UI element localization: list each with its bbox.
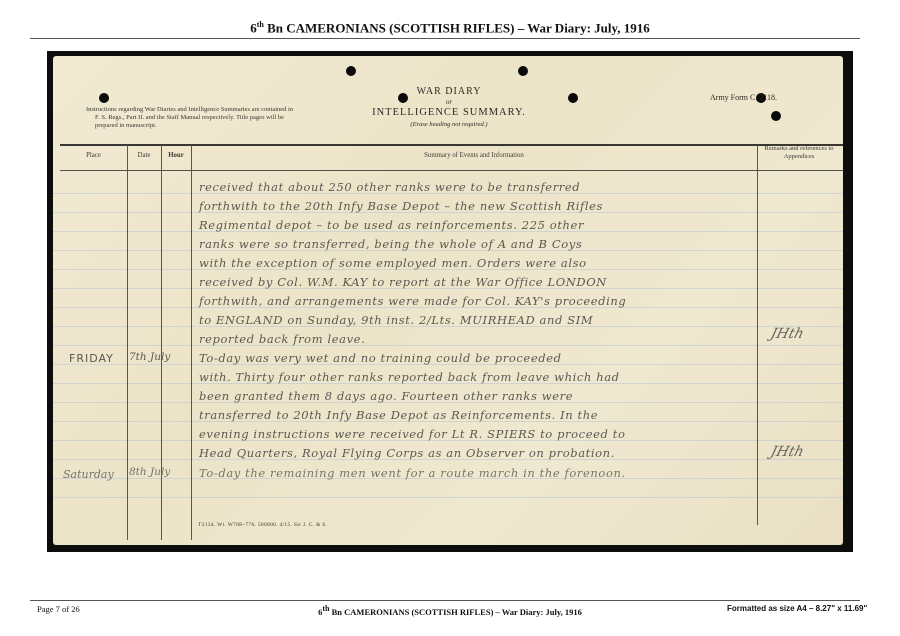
column-divider — [127, 145, 128, 540]
diary-line: Head Quarters, Royal Flying Corps as an … — [199, 446, 615, 460]
punch-hole-icon — [771, 111, 781, 121]
ruled-line — [53, 345, 843, 346]
column-divider — [161, 145, 162, 540]
entry-place-friday: FRIDAY — [69, 352, 114, 365]
punch-hole-icon — [99, 93, 109, 103]
diary-line: forthwith, and arrangements were made fo… — [199, 294, 626, 308]
diary-line: ranks were so transferred, being the who… — [199, 237, 582, 251]
war-diary-form: Instructions regarding War Diaries and I… — [53, 56, 843, 545]
diary-line: To-day was very wet and no training coul… — [199, 351, 562, 365]
heading-or: or — [349, 98, 549, 106]
format-note: Formatted as size A4 – 8.27" x 11.69" — [727, 604, 867, 613]
punch-hole-icon — [346, 66, 356, 76]
column-header-place: Place — [60, 152, 127, 159]
diary-line: with the exception of some employed men.… — [199, 256, 587, 270]
column-header-summary: Summary of Events and Information — [191, 152, 757, 159]
diary-line: evening instructions were received for L… — [199, 427, 625, 441]
entry-place-saturday: Saturday — [63, 468, 114, 481]
page-title: 6th Bn CAMERONIANS (SCOTTISH RIFLES) – W… — [0, 20, 900, 36]
heading-war-diary: WAR DIARY — [349, 86, 549, 97]
initials-signature: JHth — [769, 326, 806, 342]
diary-line: forthwith to the 20th Infy Base Depot – … — [199, 199, 603, 213]
erase-note: (Erase heading not required.) — [349, 121, 549, 128]
entry-date-friday: 7th July — [129, 351, 170, 363]
column-divider — [191, 145, 192, 540]
footer-divider — [30, 600, 860, 601]
punch-hole-icon — [568, 93, 578, 103]
footer-ordinal-suffix: th — [322, 604, 329, 613]
army-form-number: Army Form C. 2118. — [710, 93, 777, 102]
diary-line: Regimental depot – to be used as reinfor… — [199, 218, 584, 232]
punch-hole-icon — [518, 66, 528, 76]
heading-intelligence-summary: INTELLIGENCE SUMMARY. — [349, 107, 549, 118]
diary-line: To-day the remaining men went for a rout… — [199, 466, 626, 480]
ruled-line — [53, 497, 843, 498]
title-ordinal-suffix: th — [257, 20, 264, 29]
diary-line: reported back from leave. — [199, 332, 365, 346]
diary-line: been granted them 8 days ago. Fourteen o… — [199, 389, 573, 403]
footer-title-text: Bn CAMERONIANS (SCOTTISH RIFLES) – War D… — [330, 607, 582, 617]
entry-date-saturday: 8th July — [129, 466, 170, 478]
form-heading: WAR DIARY or INTELLIGENCE SUMMARY. (Eras… — [349, 86, 549, 128]
header-rule — [60, 144, 843, 146]
form-instructions: Instructions regarding War Diaries and I… — [86, 106, 295, 130]
diary-line: received by Col. W.M. KAY to report at t… — [199, 275, 607, 289]
diary-line: to ENGLAND on Sunday, 9th inst. 2/Lts. M… — [199, 313, 593, 327]
title-text: Bn CAMERONIANS (SCOTTISH RIFLES) – War D… — [264, 20, 650, 35]
column-header-hour: Hour — [161, 152, 191, 159]
diary-line: transferred to 20th Infy Base Depot as R… — [199, 408, 598, 422]
column-header-rule — [60, 170, 843, 171]
title-divider — [30, 38, 860, 39]
diary-line: received that about 250 other ranks were… — [199, 180, 580, 194]
column-header-remarks: Remarks and references to Appendices — [757, 145, 841, 160]
diary-line: with. Thirty four other ranks reported b… — [199, 370, 620, 384]
column-divider — [757, 145, 758, 525]
column-header-date: Date — [127, 152, 161, 159]
initials-signature: JHth — [769, 444, 806, 460]
printer-imprint: T2134. Wt. W708–776. 500000. 4/15. Sir J… — [198, 522, 327, 528]
